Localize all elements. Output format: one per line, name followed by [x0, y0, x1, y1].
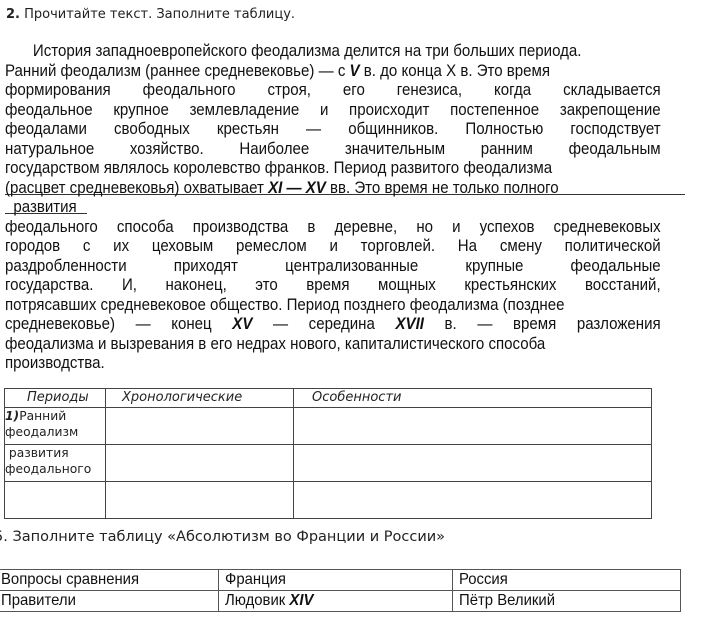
paragraph-line: формирования феодального строя, его гене… [5, 81, 661, 101]
period-cell[interactable] [5, 482, 106, 519]
task1-instruction: 2. Прочитайте текст. Заполните таблицу. [6, 7, 295, 22]
paragraph-line: феодалами свободных крестьян — общиннико… [5, 120, 661, 140]
task1-instruction-text: Прочитайте текст. Заполните таблицу. [24, 7, 295, 22]
column-header-features: Особенности [294, 389, 652, 408]
table-row: развития феодального [5, 445, 652, 482]
paragraph-line: (расцвет средневековья) охватывает XI — … [5, 179, 615, 199]
paragraph-line: История западноевропейского феодализма д… [5, 42, 615, 62]
column-header-chronology: Хронологические [106, 389, 294, 408]
table-header-row: Периоды Хронологические Особенности [5, 389, 652, 408]
table-row [5, 482, 652, 519]
paragraph-line: потрясавших средневековое общество. Пери… [5, 296, 615, 316]
table-row: Правители Людовик XIV Пётр Великий [0, 591, 681, 612]
period-cell[interactable]: 1)Ранний феодализм [5, 408, 106, 445]
paragraph-line: производства. [5, 354, 615, 374]
table-row: 1)Ранний феодализм [5, 408, 652, 445]
features-cell[interactable] [294, 482, 652, 519]
paragraph-line: раздробленности приходят централизованны… [5, 257, 661, 277]
france-cell[interactable]: Людовик XIV [219, 591, 453, 612]
task1-number: 2. [6, 7, 20, 22]
history-paragraph: История западноевропейского феодализма д… [5, 42, 615, 374]
paragraph-line: средневековье) — конец XV — середина XVI… [5, 315, 661, 335]
task2-instruction: 5. Заполните таблицу «Абсолютизм во Фран… [0, 529, 445, 545]
chronology-cell[interactable] [106, 482, 294, 519]
paragraph-line: феодального способа производства в дерев… [5, 218, 661, 238]
paragraph-line: развития [5, 198, 615, 218]
column-header-questions: Вопросы сравнения [0, 570, 219, 591]
paragraph-line: натуральное хозяйство. Наиболее значител… [5, 140, 661, 160]
paragraph-line: феодализма и вызревания в его недрах нов… [5, 335, 615, 355]
table-header-row: Вопросы сравнения Франция Россия [0, 570, 681, 591]
column-header-russia: Россия [453, 570, 681, 591]
period-cell[interactable]: развития феодального [5, 445, 106, 482]
paragraph-line: государства. И, наконец, это время мощны… [5, 276, 661, 296]
paragraph-line: Ранний феодализм (раннее средневековье) … [5, 62, 661, 82]
absolutism-table: Вопросы сравнения Франция Россия Правите… [0, 569, 681, 612]
paragraph-line: феодальное крупное землевладение и проис… [5, 101, 661, 121]
paragraph-line: городов с их цеховым ремеслом и торговле… [5, 237, 661, 257]
chronology-cell[interactable] [106, 408, 294, 445]
column-header-periods: Периоды [5, 389, 106, 408]
features-cell[interactable] [294, 445, 652, 482]
features-cell[interactable] [294, 408, 652, 445]
chronology-cell[interactable] [106, 445, 294, 482]
paragraph-line: государством являлось королевство франко… [5, 159, 615, 179]
question-cell: Правители [0, 591, 219, 612]
column-header-france: Франция [219, 570, 453, 591]
russia-cell[interactable]: Пётр Великий [453, 591, 681, 612]
periods-table: Периоды Хронологические Особенности 1)Ра… [4, 388, 652, 519]
